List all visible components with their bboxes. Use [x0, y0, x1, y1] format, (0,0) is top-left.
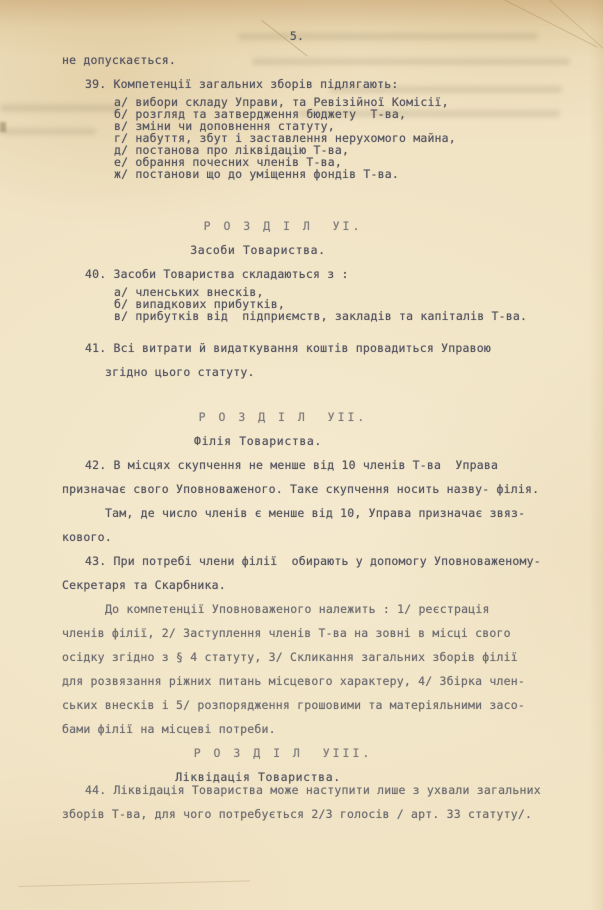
paragraph-line: членів філії, 2/ Заступлення членів Т-ва… — [62, 621, 564, 645]
document-text-column: 5. не допускається.39. Компетенції загал… — [62, 24, 564, 826]
paragraph-line: ських внесків і 5/ розпорядження грошови… — [62, 693, 564, 717]
paragraph-line: осідку згідно з § 4 статуту, 3/ Скликанн… — [62, 645, 564, 669]
paragraph-line: для розвязання ріжних питань місцевого х… — [62, 669, 564, 693]
paragraph-first-line: 41. Всі витрати й видаткування коштів пр… — [62, 336, 564, 360]
section-subheading: Засоби Товариства. — [7, 238, 509, 262]
indented-line: Там, де число членів є менше від 10, Упр… — [62, 501, 564, 525]
scan-right-shadow — [589, 0, 603, 910]
page-number: 5. — [46, 24, 548, 48]
paragraph-line: зборів Т-ва, для чого потребується 2/3 г… — [62, 802, 564, 826]
paragraph-line: призначає свого Уповноваженого. Таке ску… — [62, 477, 564, 501]
list-item: в/ прибутків від підприємств, закладів т… — [62, 310, 564, 322]
document-page: 5. не допускається.39. Компетенції загал… — [0, 0, 603, 910]
section-heading: Р О З Д І Л УІ. — [32, 214, 534, 238]
indented-line: До компетенції Уповноваженого належить :… — [62, 597, 564, 621]
paper-crease — [18, 880, 250, 887]
paragraph-line: кового. — [62, 525, 564, 549]
indented-line: згідно цього статуту. — [62, 360, 564, 384]
paper-edge-mark — [0, 122, 6, 132]
section-heading: Р О З Д І Л УІІ. — [32, 405, 534, 429]
paragraph-line: бами філії на місцеві потреби. — [62, 717, 564, 741]
paragraph-line: Секретаря та Скарбника. — [62, 573, 564, 597]
paragraph-first-line: 42. В місцях скупчення не менше від 10 ч… — [62, 453, 564, 477]
paragraph-first-line: 44. Ліквідація Товариства може наступити… — [62, 778, 564, 802]
paragraph-first-line: 39. Компетенції загальних зборів підляга… — [62, 72, 564, 96]
paragraph-first-line: 40. Засоби Товариства складаються з : — [62, 262, 564, 286]
section-heading: Р О З Д І Л УІІІ. — [32, 741, 534, 765]
paragraph-line: не допускається. — [62, 48, 564, 72]
paragraph-first-line: 43. При потребі члени філії обирають у д… — [62, 549, 564, 573]
list-item: ж/ постанови що до уміщення фондів Т-ва. — [62, 168, 564, 180]
section-subheading: Філія Товариства. — [7, 429, 509, 453]
